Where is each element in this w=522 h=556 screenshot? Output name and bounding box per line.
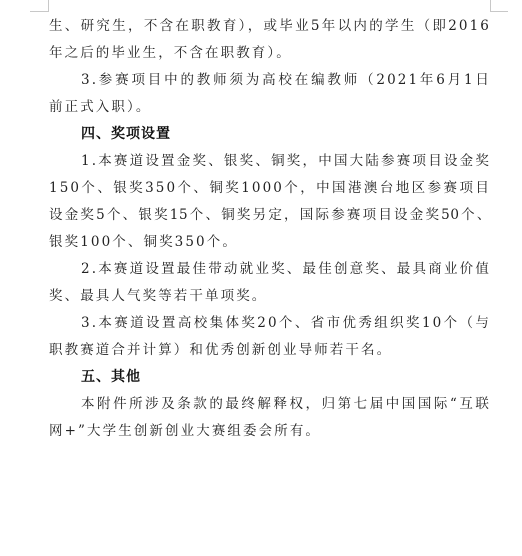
paragraph-line: 网+”大学生创新创业大赛组委会所有。 <box>49 418 321 445</box>
section-heading-other: 五、其他 <box>81 364 141 391</box>
paragraph-line: 职教赛道合并计算）和优秀创新创业导师若干名。 <box>49 337 392 364</box>
paragraph-line: 1.本赛道设置金奖、银奖、铜奖，中国大陆参赛项目设金奖 <box>81 148 491 175</box>
paragraph-line: 生、研究生，不含在职教育），或毕业5年以内的学生（即2016 <box>49 13 491 40</box>
paragraph-line: 设金奖5个、银奖15个、铜奖另定，国际参赛项目设金奖50个、 <box>49 202 491 229</box>
paragraph-line: 奖、最具人气奖等若干单项奖。 <box>49 283 267 310</box>
paragraph-line: 前正式入职）。 <box>49 94 151 121</box>
paragraph-line: 2.本赛道设置最佳带动就业奖、最佳创意奖、最具商业价值 <box>81 256 491 283</box>
paragraph-line: 3.参赛项目中的教师须为高校在编教师（2021年6月1日 <box>81 67 491 94</box>
paragraph-line: 本附件所涉及条款的最终解释权，归第七届中国国际“互联 <box>81 391 491 418</box>
paragraph-line: 年之后的毕业生，不含在职教育）。 <box>49 40 292 67</box>
paragraph-line: 150个、银奖350个、铜奖1000个，中国港澳台地区参赛项目 <box>49 175 491 202</box>
paragraph-line: 银奖100个、铜奖350个。 <box>49 229 238 256</box>
section-heading-awards: 四、奖项设置 <box>81 121 171 148</box>
paragraph-line: 3.本赛道设置高校集体奖20个、省市优秀组织奖10个（与 <box>81 310 491 337</box>
